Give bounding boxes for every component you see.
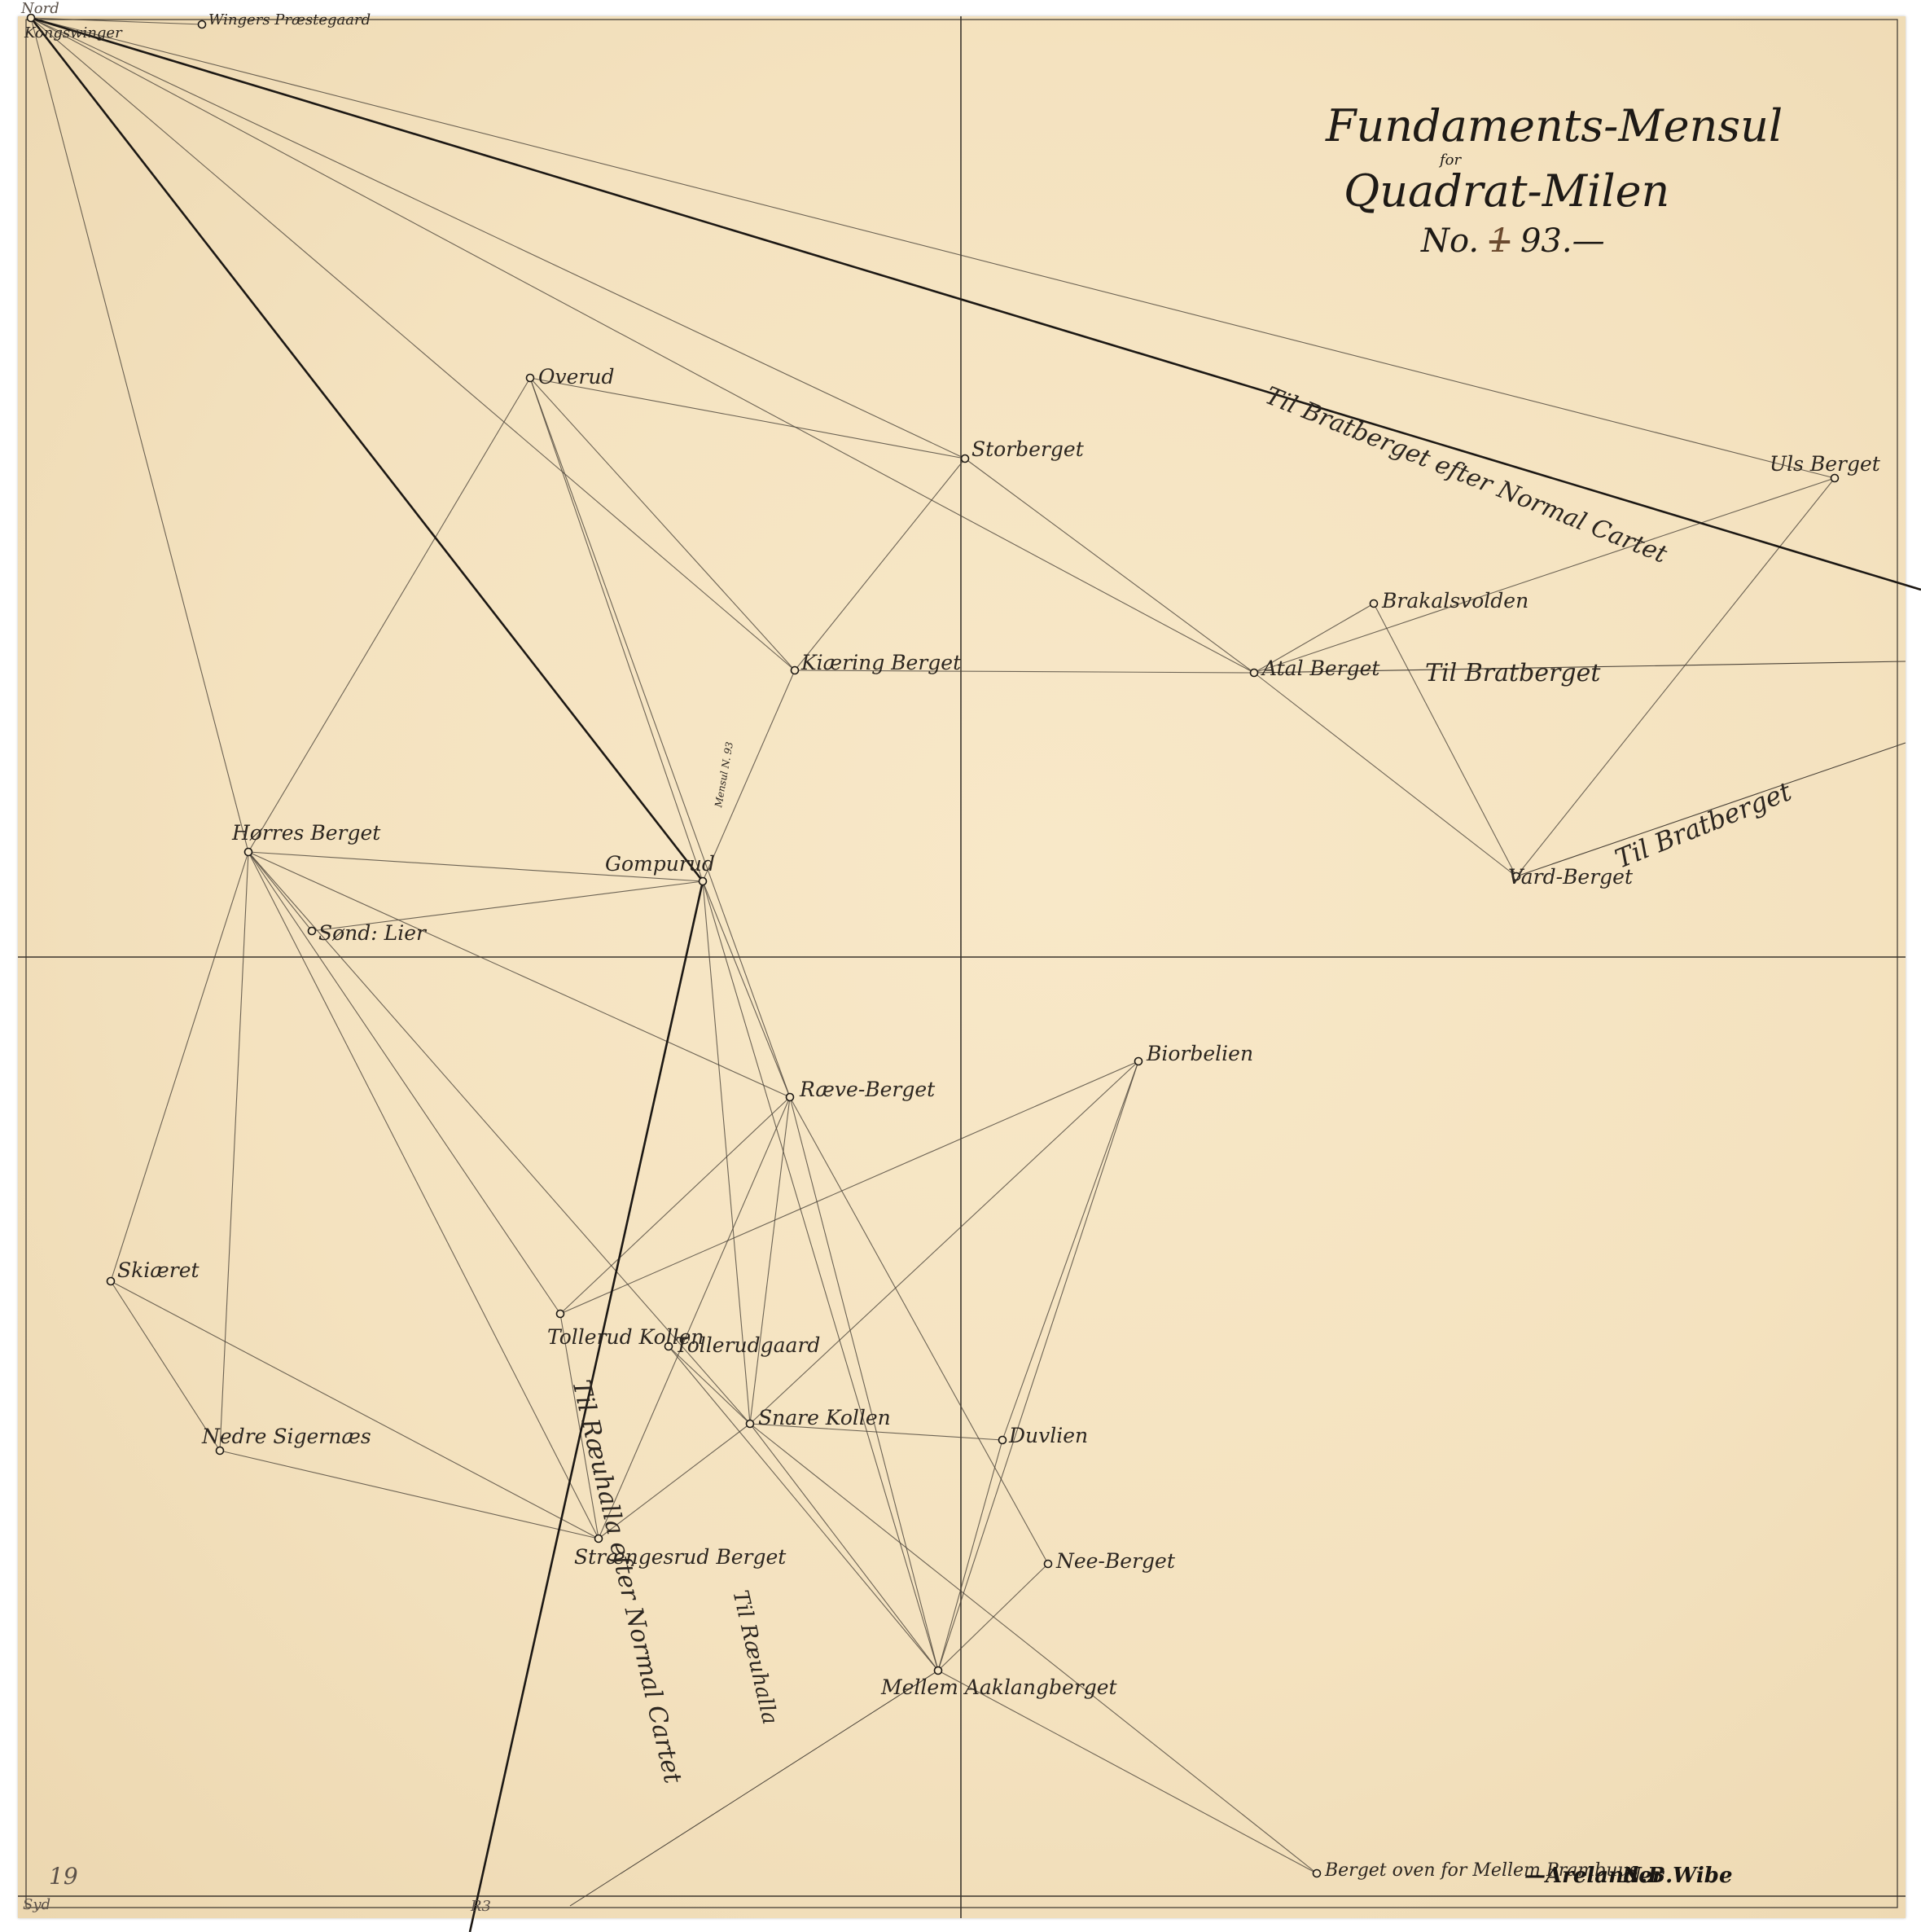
station-label-wingers: Wingers Præstegaard bbox=[208, 13, 371, 28]
station-marker-icon bbox=[999, 1437, 1007, 1444]
station-label-overud: Overud bbox=[538, 367, 614, 387]
station-marker-icon bbox=[107, 1278, 115, 1285]
title-line-1: Fundaments-Mensul bbox=[1326, 104, 1783, 148]
sight-line bbox=[790, 1097, 1048, 1564]
station-marker-icon bbox=[1314, 1870, 1321, 1877]
station-marker-icon bbox=[527, 375, 534, 382]
station-marker-icon bbox=[1045, 1561, 1052, 1568]
station-label-nedre-sigernaes: Nedre Sigernæs bbox=[202, 1426, 371, 1447]
title-line-2: Quadrat-Milen bbox=[1344, 169, 1669, 213]
station-label-uls-berget: Uls Berget bbox=[1770, 454, 1880, 474]
neat-line-border bbox=[26, 20, 1897, 1908]
station-label-mellem-aaklangberget: Mellem Aaklangberget bbox=[881, 1677, 1117, 1697]
station-marker-icon bbox=[309, 928, 316, 935]
normal-chart-base-lines bbox=[31, 18, 1921, 1932]
station-label-raeve-berget: Ræve-Berget bbox=[800, 1079, 935, 1100]
sight-line bbox=[530, 378, 795, 670]
sight-line bbox=[795, 459, 965, 670]
sight-line bbox=[530, 378, 703, 881]
station-label-atal-berget: Atal Berget bbox=[1262, 658, 1379, 678]
sight-line bbox=[1254, 673, 1516, 876]
station-label-kiaering-berget: Kiæring Berget bbox=[801, 652, 961, 673]
station-marker-icon bbox=[1135, 1058, 1143, 1065]
station-label-horres-berget: Hørres Berget bbox=[232, 823, 380, 843]
sight-line bbox=[220, 852, 248, 1451]
sight-line bbox=[938, 1061, 1138, 1671]
station-label-vard-berget: Vard-Berget bbox=[1508, 867, 1633, 887]
sight-line bbox=[750, 1424, 1317, 1873]
sight-line bbox=[750, 1097, 790, 1424]
station-marker-icon bbox=[935, 1667, 942, 1675]
number-value: 93.— bbox=[1520, 222, 1605, 260]
station-marker-icon bbox=[787, 1094, 794, 1101]
sight-line bbox=[938, 1564, 1048, 1671]
station-label-duvlien: Duvlien bbox=[1009, 1425, 1088, 1446]
station-marker-icon bbox=[792, 667, 799, 674]
direction-label-til-bratberget-atal: Til Bratberget bbox=[1425, 661, 1600, 686]
note-r3: R3 bbox=[471, 1899, 491, 1914]
station-label-kongswinger: Kongswinger bbox=[24, 26, 122, 41]
station-marker-icon bbox=[199, 21, 206, 29]
station-label-biorbelien: Biorbelien bbox=[1147, 1043, 1253, 1064]
sight-line bbox=[599, 1097, 790, 1539]
sight-line bbox=[669, 1346, 750, 1424]
sight-line bbox=[31, 18, 1254, 673]
station-label-skieret: Skiæret bbox=[117, 1260, 200, 1280]
sight-line bbox=[750, 1061, 1138, 1424]
sight-line bbox=[111, 852, 248, 1281]
number-struck: 1 bbox=[1489, 222, 1510, 260]
station-label-brakalsvolden: Brakalsvolden bbox=[1382, 591, 1528, 611]
station-markers bbox=[28, 15, 1839, 1877]
number-prefix: No. bbox=[1421, 222, 1479, 260]
note-19: 19 bbox=[49, 1865, 78, 1888]
sight-line bbox=[938, 1671, 1317, 1873]
note-syd: Syd bbox=[23, 1898, 50, 1912]
station-marker-icon bbox=[557, 1311, 564, 1318]
triangulation-network bbox=[0, 0, 1921, 1932]
station-marker-icon bbox=[962, 455, 969, 463]
note-nord: Nord bbox=[21, 2, 59, 16]
sight-line bbox=[248, 852, 790, 1097]
signature-wibe: N.B.Wibe bbox=[1622, 1865, 1733, 1886]
station-marker-icon bbox=[747, 1420, 754, 1428]
station-marker-icon bbox=[1371, 600, 1378, 608]
sight-line bbox=[248, 852, 312, 931]
sight-line bbox=[1374, 604, 1516, 876]
station-marker-icon bbox=[1251, 670, 1258, 677]
sight-line bbox=[220, 1451, 599, 1539]
sight-line bbox=[703, 881, 790, 1097]
sight-lines bbox=[31, 18, 1835, 1873]
station-label-snare-kollen: Snare Kollen bbox=[758, 1407, 891, 1428]
station-label-sond-lier: Sønd: Lier bbox=[318, 923, 426, 943]
sight-line bbox=[31, 18, 965, 459]
sight-line bbox=[31, 18, 202, 24]
quadrat-number: No. 1 93.— bbox=[1421, 225, 1605, 257]
sight-line bbox=[31, 18, 248, 852]
grid-lines bbox=[18, 16, 1906, 1918]
station-label-tollerudgaard: Tollerudgaard bbox=[675, 1335, 820, 1355]
station-label-storberget: Storberget bbox=[971, 439, 1084, 459]
sight-line bbox=[1002, 1061, 1138, 1440]
station-label-nee-berget: Nee-Berget bbox=[1056, 1551, 1175, 1571]
sight-line bbox=[530, 378, 965, 459]
sight-line bbox=[530, 378, 790, 1097]
sight-line bbox=[790, 1097, 938, 1671]
station-marker-icon bbox=[700, 878, 707, 885]
station-label-gompurud: Gompurud bbox=[605, 854, 715, 874]
sight-line bbox=[111, 1281, 599, 1539]
base-line bbox=[31, 18, 703, 881]
sight-line bbox=[938, 1440, 1002, 1671]
station-marker-icon bbox=[245, 849, 252, 856]
sight-line bbox=[669, 1346, 938, 1671]
sight-line bbox=[703, 670, 795, 881]
sight-line bbox=[965, 459, 1254, 673]
sight-line bbox=[248, 378, 530, 852]
sight-line bbox=[560, 1097, 790, 1314]
